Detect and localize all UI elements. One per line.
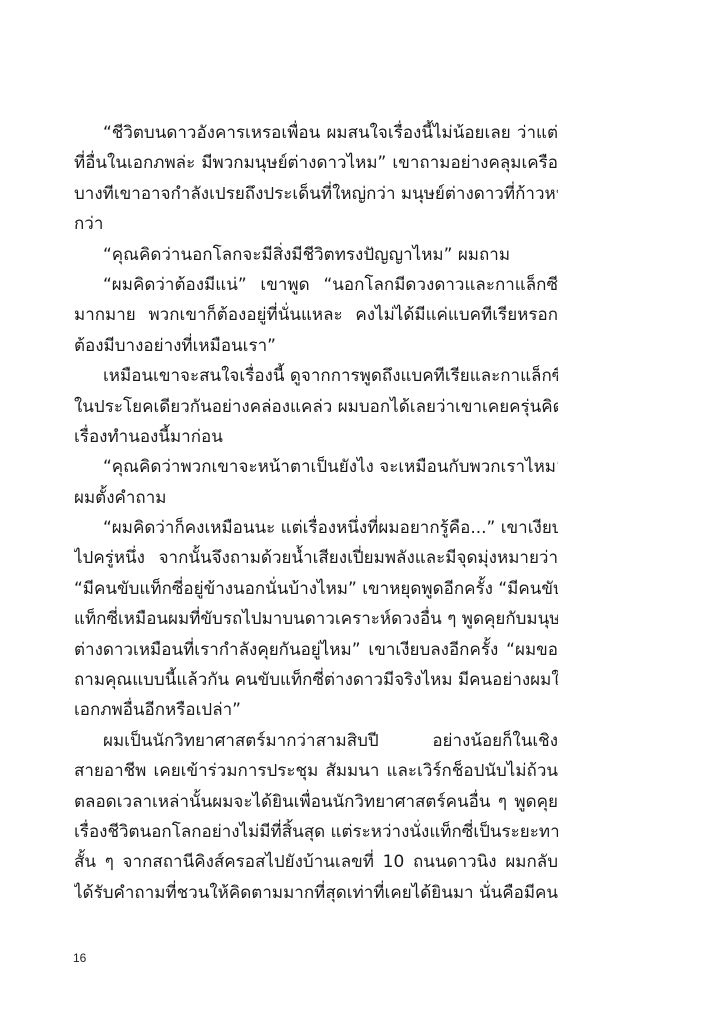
- text-line: สั้น ๆ จากสถานีคิงส์ครอสไปยังบ้านเลขที่ …: [74, 847, 558, 877]
- page-number: 16: [73, 951, 86, 965]
- text-line: ต้องมีบางอย่างที่เหมือนเรา”: [74, 331, 558, 361]
- text-line: “ผมคิดว่าต้องมีแน่” เขาพูด “นอกโลกมีดวงด…: [74, 270, 558, 300]
- text-line: ถามคุณแบบนี้แล้วกัน คนขับแท็กซี่ต่างดาวม…: [74, 665, 558, 695]
- text-line: ตลอดเวลาเหล่านั้นผมจะได้ยินเพื่อนนักวิทย…: [74, 787, 558, 817]
- text-line: “มีคนขับแท็กซี่อยู่ข้างนอกนั่นบ้างไหม” เ…: [74, 574, 558, 604]
- text-line: บางทีเขาอาจกำลังเปรยถึงประเด็นที่ใหญ่กว่…: [74, 179, 558, 209]
- text-line: “คุณคิดว่าพวกเขาจะหน้าตาเป็นยังไง จะเหมื…: [74, 452, 558, 482]
- book-page: “ชีวิตบนดาวอังคารเหรอเพื่อน ผมสนใจเรื่อง…: [0, 0, 707, 1024]
- text-line: ต่างดาวเหมือนที่เรากำลังคุยกันอยู่ไหม” เ…: [74, 635, 558, 665]
- text-line: “คุณคิดว่านอกโลกจะมีสิ่งมีชีวิตทรงปัญญาไ…: [74, 240, 558, 270]
- text-line: ได้รับคำถามที่ชวนให้คิดตามมากที่สุดเท่าท…: [74, 878, 558, 908]
- body-text: “ชีวิตบนดาวอังคารเหรอเพื่อน ผมสนใจเรื่อง…: [74, 118, 558, 908]
- text-line: ผมเป็นนักวิทยาศาสตร์มากว่าสามสิบปี อย่าง…: [74, 726, 558, 756]
- text-line: สายอาชีพ เคยเข้าร่วมการประชุม สัมมนา และ…: [74, 756, 558, 786]
- text-line: แท็กซี่เหมือนผมที่ขับรถไปมาบนดาวเคราะห์ด…: [74, 604, 558, 634]
- text-line: เอกภพอื่นอีกหรือเปล่า”: [74, 695, 558, 725]
- text-line: “ชีวิตบนดาวอังคารเหรอเพื่อน ผมสนใจเรื่อง…: [74, 118, 558, 148]
- text-line: ที่อื่นในเอกภพล่ะ มีพวกมนุษย์ต่างดาวไหม”…: [74, 148, 558, 178]
- text-line: เรื่องทำนองนี้มาก่อน: [74, 422, 558, 452]
- text-line: ไปครู่หนึ่ง จากนั้นจึงถามด้วยน้ำเสียงเปี…: [74, 543, 558, 573]
- text-line: เรื่องชีวิตนอกโลกอย่างไม่มีที่สิ้นสุด แต…: [74, 817, 558, 847]
- text-line: ในประโยคเดียวกันอย่างคล่องแคล่ว ผมบอกได้…: [74, 392, 558, 422]
- text-line: มากมาย พวกเขาก็ต้องอยู่ที่นั่นแหละ คงไม่…: [74, 300, 558, 330]
- text-line: กว่า: [74, 209, 558, 239]
- text-line: “ผมคิดว่าก็คงเหมือนนะ แต่เรื่องหนึ่งที่ผ…: [74, 513, 558, 543]
- text-line: เหมือนเขาจะสนใจเรื่องนี้ ดูจากการพูดถึงแ…: [74, 361, 558, 391]
- text-line: ผมตั้งคำถาม: [74, 483, 558, 513]
